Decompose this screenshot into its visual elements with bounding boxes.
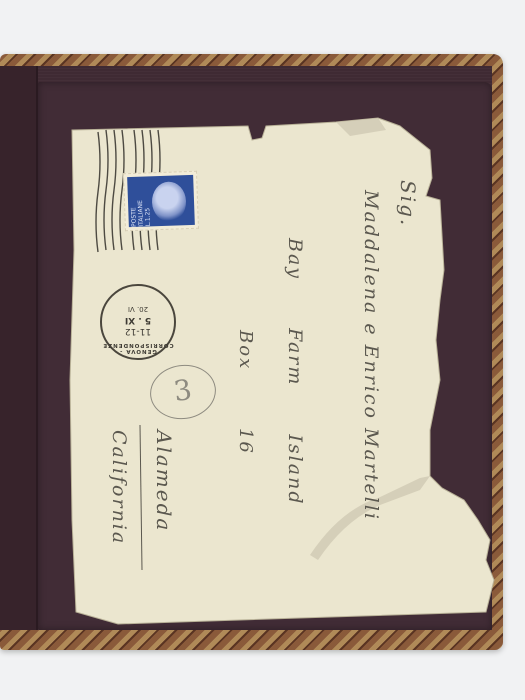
- postmark-ring-text: GENOVA - CORRISPONDENZE: [102, 342, 174, 354]
- address-line-salutation: Sig.: [396, 180, 420, 227]
- photo-scene: POSTE ITALIANE L.1.25 GENOVA - CORRISPON…: [0, 0, 525, 700]
- postmark-time: 11-12: [116, 325, 160, 336]
- address-line-state: California: [108, 430, 130, 545]
- address-line-box: Box 16: [235, 330, 256, 455]
- postmark-day: 5 . XI: [116, 314, 160, 325]
- stamp-value-text: POSTE ITALIANE L.1.25: [129, 181, 141, 227]
- address-line-city: Alameda: [152, 430, 176, 532]
- envelope: [0, 0, 525, 700]
- postage-stamp: POSTE ITALIANE L.1.25: [123, 171, 199, 232]
- postmark: GENOVA - CORRISPONDENZE 11-12 5 . XI 20.…: [100, 284, 176, 360]
- address-line-street: Bay Farm Island: [284, 238, 306, 505]
- address-line-names: Maddalena e Enrico Martelli: [360, 190, 382, 521]
- postmark-date: 11-12 5 . XI 20. VI: [116, 303, 160, 336]
- portrait-stamp-icon: [151, 181, 186, 222]
- postmark-year: 20. VI: [116, 303, 160, 314]
